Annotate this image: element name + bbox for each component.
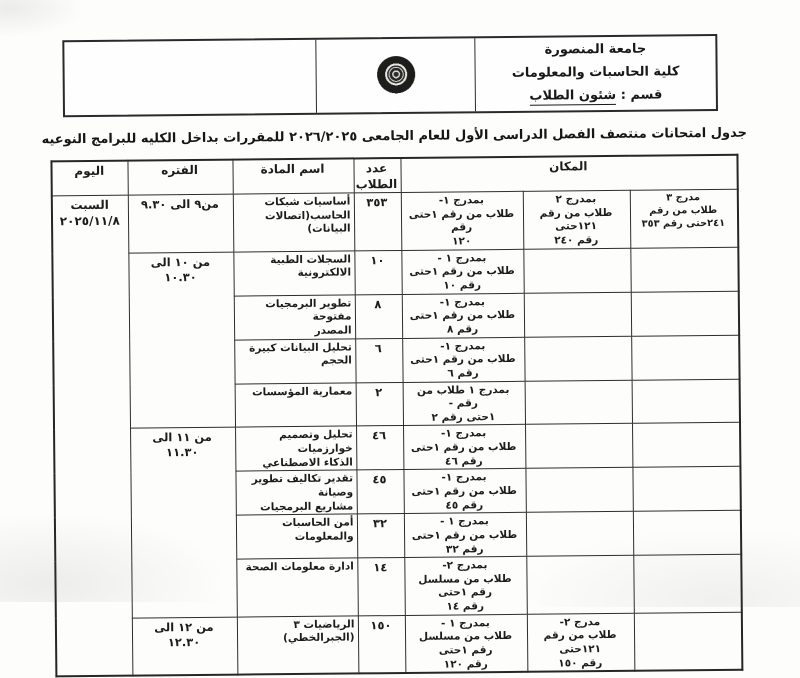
hall3-cell <box>631 291 739 336</box>
table-row: من ١٠ الى ١٠.٣٠ السجلات الطبية الالكترون… <box>52 247 738 298</box>
header-count: عدد الطلاب <box>353 158 400 193</box>
header-course: اسم المادة <box>232 158 353 194</box>
document-title: جدول امتحانات منتصف الفصل الدراسى الأول … <box>38 126 750 148</box>
hall1-cell: بمدرج ١- طلاب من رقم ١حتى رقم ٤٦ <box>403 425 525 470</box>
table-row: من ١١ الى ١١.٣٠ تحليل وتصميم خوارزميات ا… <box>54 423 740 474</box>
hall3-cell <box>633 554 742 582</box>
course-cell: تحليل وتصميم خوارزميات الذكاء الاصطناعي <box>235 426 356 471</box>
header-period: الفتره <box>127 160 232 196</box>
hall1-cell: بمدرج ١ طلاب من رقم - ١حتى رقم ٢ <box>403 381 525 426</box>
table-row: السبت ٢٠٢٥/١١/٨ من٩ الى ٩.٣٠ أساسيات شبك… <box>52 189 739 253</box>
hall2-cell <box>525 424 632 469</box>
hall1-cell: بمدرج ١- طلاب من رقم ١حتى رقم ١٢٠ <box>401 192 524 251</box>
university-name: جامعة المنصورة <box>545 43 647 58</box>
period-cell: من ١١ الى ١١.٣٠ <box>130 428 237 582</box>
count-cell: ٣٥٣ <box>354 193 402 251</box>
period-cell: من ١٠ الى ١٠.٣٠ <box>128 252 235 429</box>
hall3-cell: مدرج ٣ طلاب من رقم ٢٤١حتى رقم ٣٥٣ <box>630 189 739 248</box>
count-cell: ٤٥ <box>356 470 403 514</box>
letterhead-box: جامعة المنصورة كلية الحاسبات والمعلومات … <box>62 34 718 117</box>
hall2-cell <box>526 512 633 557</box>
hall2-cell <box>523 248 630 293</box>
course-cell: ادارة معلومات الصحة <box>236 558 358 582</box>
hall3-cell <box>632 379 740 424</box>
hall3-cell <box>631 335 739 380</box>
header-place: المكان <box>400 155 737 193</box>
hall1-cell: بمدرج ١ - طلاب من رقم ١حتى رقم ١٠ <box>401 249 523 294</box>
count-cell: ٦ <box>355 338 402 382</box>
university-seal-icon <box>376 56 415 95</box>
hall1-cell: بمدرج ١- طلاب من رقم ١حتى رقم ٤٥ <box>403 469 525 514</box>
course-cell: أساسيات شبكات الحاسب(اتصالات البيانات) <box>233 193 355 252</box>
count-cell: ١٤ <box>357 558 405 582</box>
department-line: قسم : شئون الطلاب <box>529 88 662 104</box>
department-name: شئون الطلاب <box>529 88 616 106</box>
hall1-cell: بمدرج ١- طلاب من رقم ١حتى رقم ٦ <box>402 337 524 382</box>
hall2-cell <box>524 336 631 381</box>
hall2-cell <box>524 292 631 337</box>
hall3-cell <box>630 247 738 292</box>
header-day: اليوم <box>51 161 127 196</box>
count-cell: ١٠ <box>354 250 401 294</box>
course-cell: تحليل البيانات كبيرة الحجم <box>234 339 355 384</box>
day-cell: السبت ٢٠٢٥/١١/٨ <box>52 195 133 582</box>
course-cell: معمارية المؤسسات <box>235 382 356 427</box>
letterhead-empty-section <box>64 40 316 115</box>
letterhead-text-section: جامعة المنصورة كلية الحاسبات والمعلومات … <box>475 36 716 111</box>
hall2-cell: بمدرج ٢ طلاب من رقم ١٢١حتى رقم ٢٤٠ <box>523 190 631 249</box>
count-cell: ٨ <box>355 294 402 338</box>
hall2-cell <box>526 555 634 582</box>
hall3-cell <box>633 511 741 556</box>
course-cell: تطوير البرمجيات مفتوحة المصدر <box>234 295 355 340</box>
exam-schedule-table: اليوم الفتره اسم المادة عدد الطلاب المكا… <box>50 154 743 582</box>
count-cell: ٣٢ <box>357 514 404 558</box>
course-cell: تقدير تكاليف تطوير وصيانة مشاريع البرمجي… <box>235 470 356 515</box>
hall2-cell <box>525 380 632 425</box>
hall1-cell: بمدرج ١ - طلاب من رقم ١حتى رقم ٣٢ <box>404 513 526 558</box>
hall1-cell: بمدرج ١- طلاب من رقم ١حتى رقم ٨ <box>402 293 524 338</box>
course-cell: أمن الحاسبات والمعلومات <box>236 514 357 559</box>
hall3-cell <box>632 467 740 512</box>
faculty-name: كلية الحاسبات والمعلومات <box>512 65 680 81</box>
hall1-cell: بمدرج ٢- طلاب من مسلسل رقم ١حتى رقم ١٤ <box>404 557 527 582</box>
count-cell: ٤٦ <box>356 426 403 470</box>
count-cell: ٢ <box>356 382 403 426</box>
department-label: قسم : <box>616 87 662 102</box>
logo-section <box>315 38 476 113</box>
period-cell: من٩ الى ٩.٣٠ <box>128 194 234 253</box>
hall3-cell <box>632 423 740 468</box>
scanned-document-sheet: جامعة المنصورة كلية الحاسبات والمعلومات … <box>0 0 800 582</box>
course-cell: السجلات الطبية الالكترونية <box>233 251 354 296</box>
hall2-cell <box>525 468 632 513</box>
